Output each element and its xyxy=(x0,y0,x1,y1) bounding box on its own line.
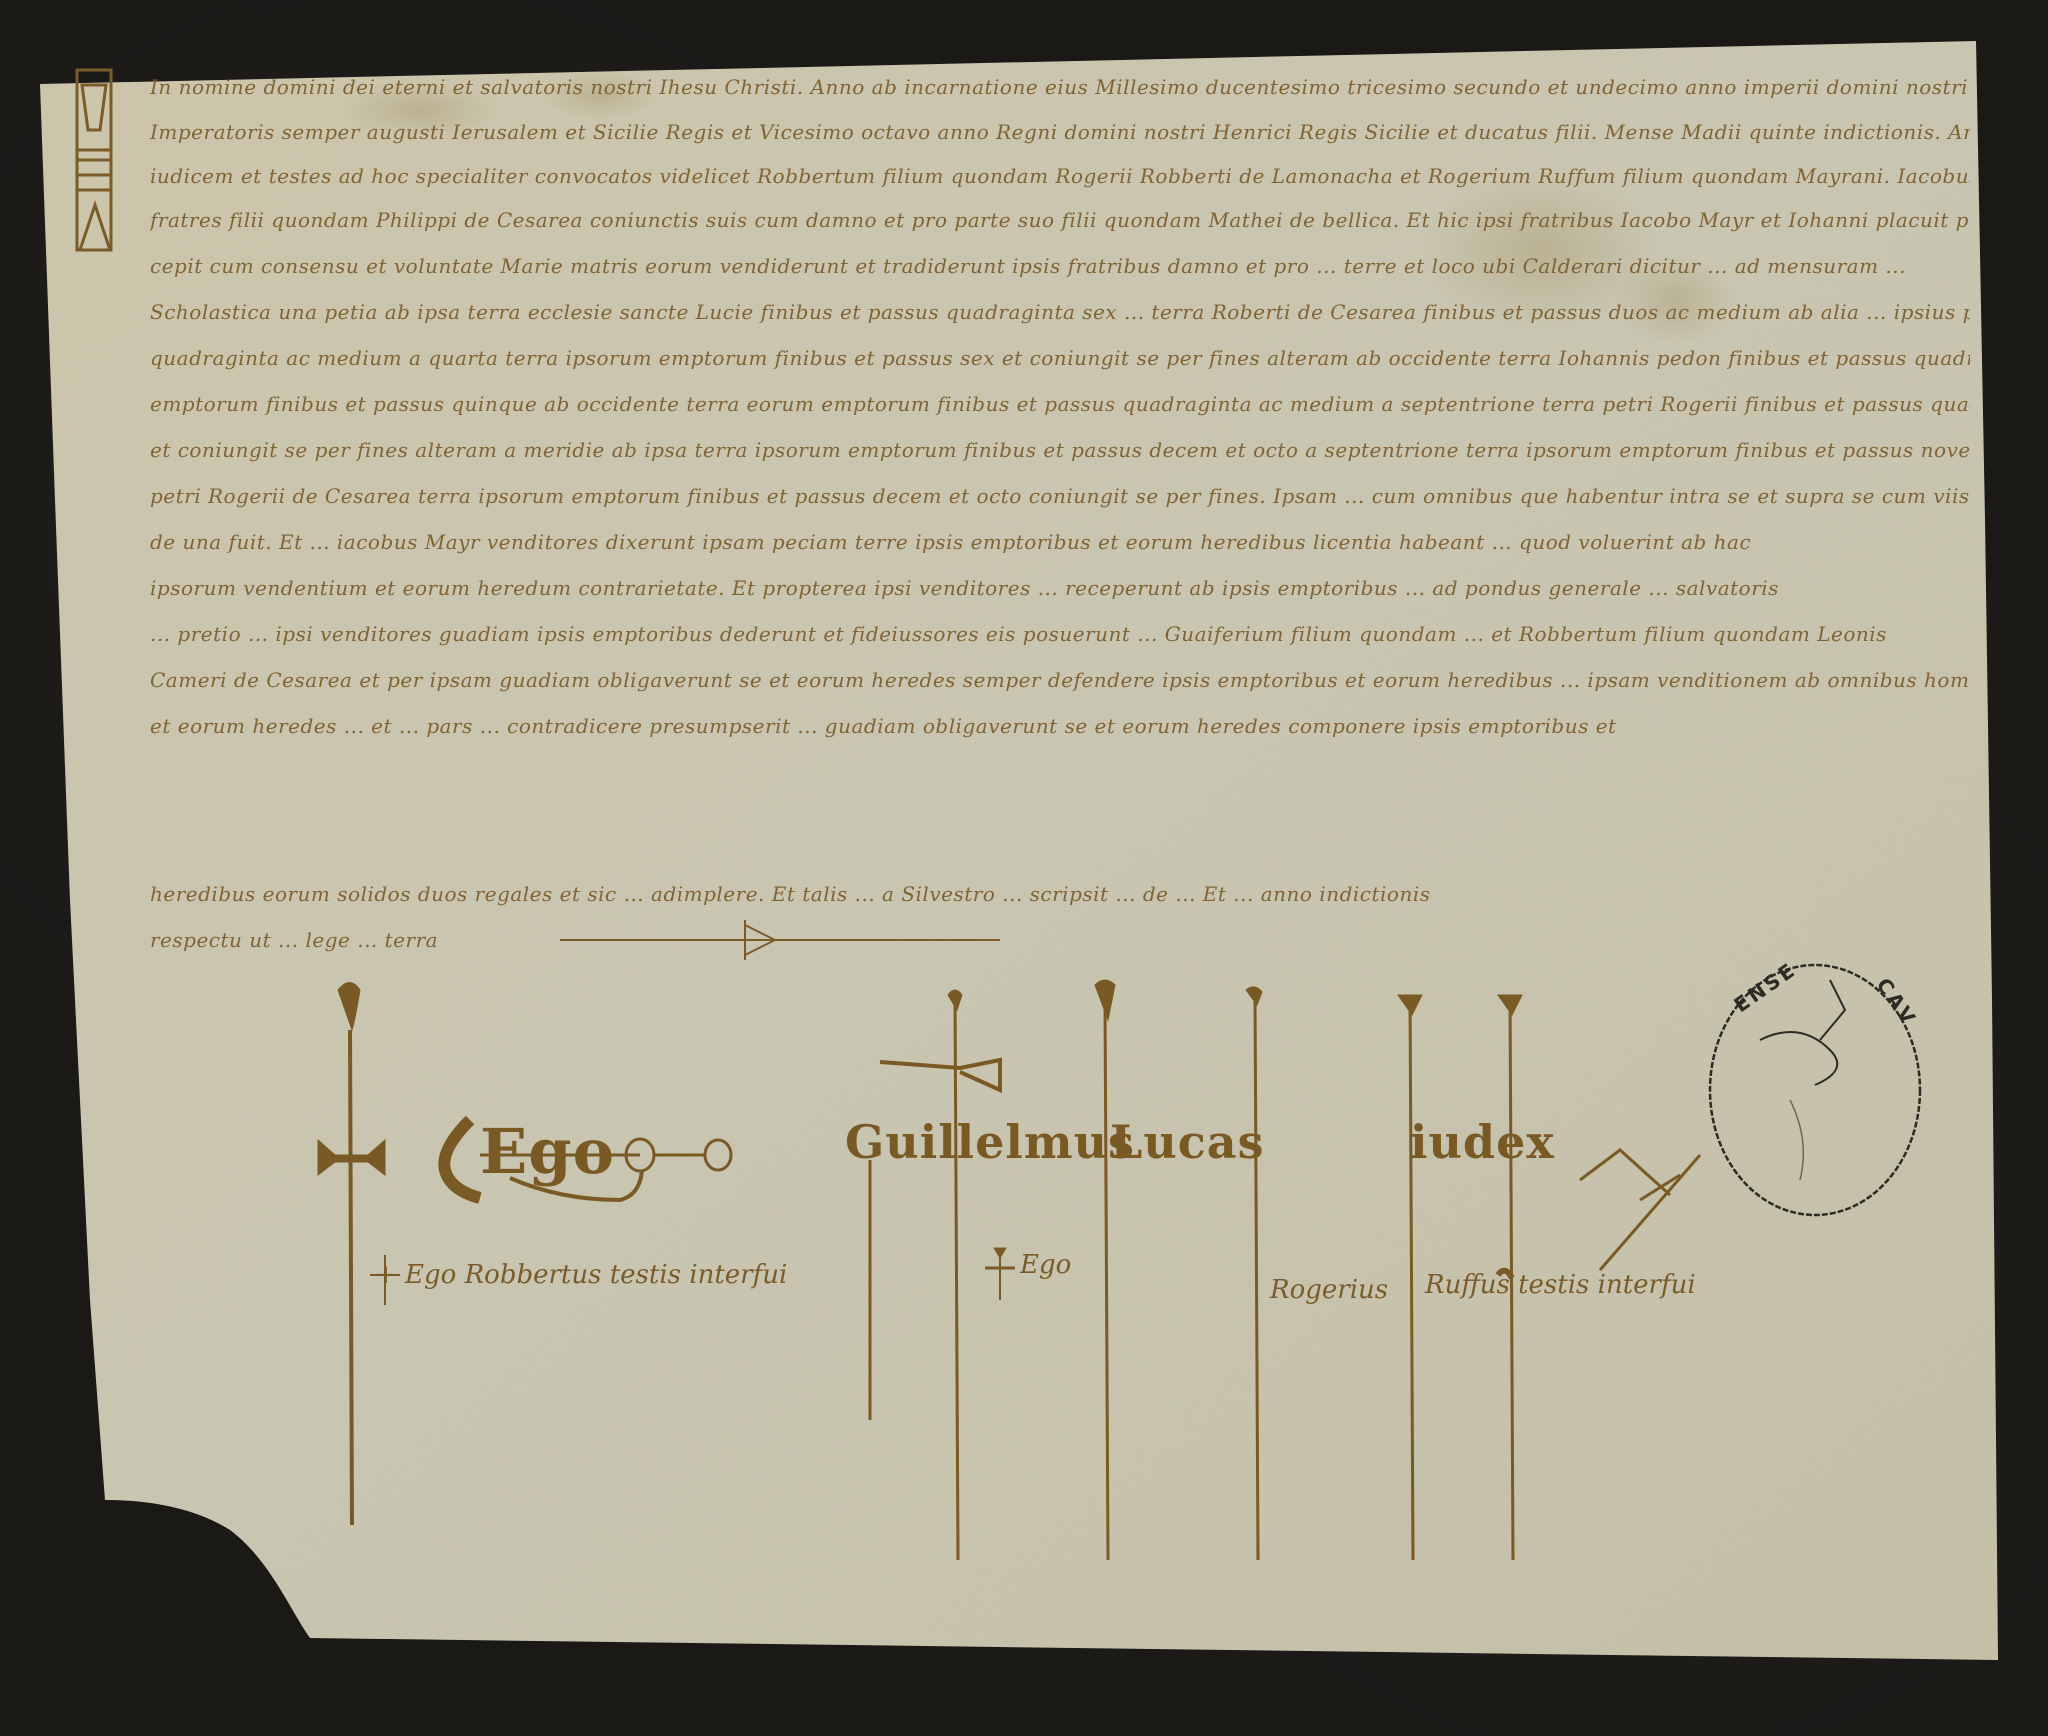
parchment-sheet: ENSE CAV In nomine domini dei eterni et … xyxy=(0,0,2048,1736)
charter-line-6: Scholastica una petia ab ipsa terra eccl… xyxy=(150,300,1970,324)
witness-robbertus: + Ego Robbertus testis interfui xyxy=(375,1260,787,1290)
charter-line-12: ipsorum vendentium et eorum heredum cont… xyxy=(150,576,1970,600)
witness-rogerius: Rogerius xyxy=(1270,1275,1388,1305)
charter-line-9: et coniungit se per fines alteram a meri… xyxy=(150,438,1970,462)
charter-line-7: quadraginta ac medium a quarta terra ips… xyxy=(150,346,1970,370)
signature-ego: Ego xyxy=(480,1115,615,1188)
signature-lucas: Lucas xyxy=(1110,1115,1265,1169)
charter-line-4: fratres filii quondam Philippi de Cesare… xyxy=(150,208,1970,232)
charter-line-11: de una fuit. Et ... iacobus Mayr vendito… xyxy=(150,530,1970,554)
witness-ego: Ego xyxy=(1020,1250,1071,1280)
charter-line-15: et eorum heredes ... et ... pars ... con… xyxy=(150,714,1970,738)
charter-line-1: In nomine domini dei eterni et salvatori… xyxy=(150,75,1970,99)
signature-guillelmus: Guillelmus xyxy=(845,1115,1135,1169)
charter-line-3: iudicem et testes ad hoc specialiter con… xyxy=(150,164,1970,188)
witness-ruffus: Ruffus testis interfui xyxy=(1425,1270,1696,1300)
signature-iudex: iudex xyxy=(1410,1115,1555,1169)
charter-line-10: petri Rogerii de Cesarea terra ipsorum e… xyxy=(150,484,1970,508)
charter-line-13: ... pretio ... ipsi venditores guadiam i… xyxy=(150,622,1970,646)
charter-line-8: emptorum finibus et passus quinque ab oc… xyxy=(150,392,1970,416)
charter-line-16: heredibus eorum solidos duos regales et … xyxy=(150,882,1800,906)
charter-line-14: Cameri de Cesarea et per ipsam guadiam o… xyxy=(150,668,1970,692)
charter-line-2: Imperatoris semper augusti Ierusalem et … xyxy=(150,120,1970,144)
charter-line-17: respectu ut ... lege ... terra xyxy=(150,928,550,952)
charter-line-5: cepit cum consensu et voluntate Marie ma… xyxy=(150,254,1970,278)
